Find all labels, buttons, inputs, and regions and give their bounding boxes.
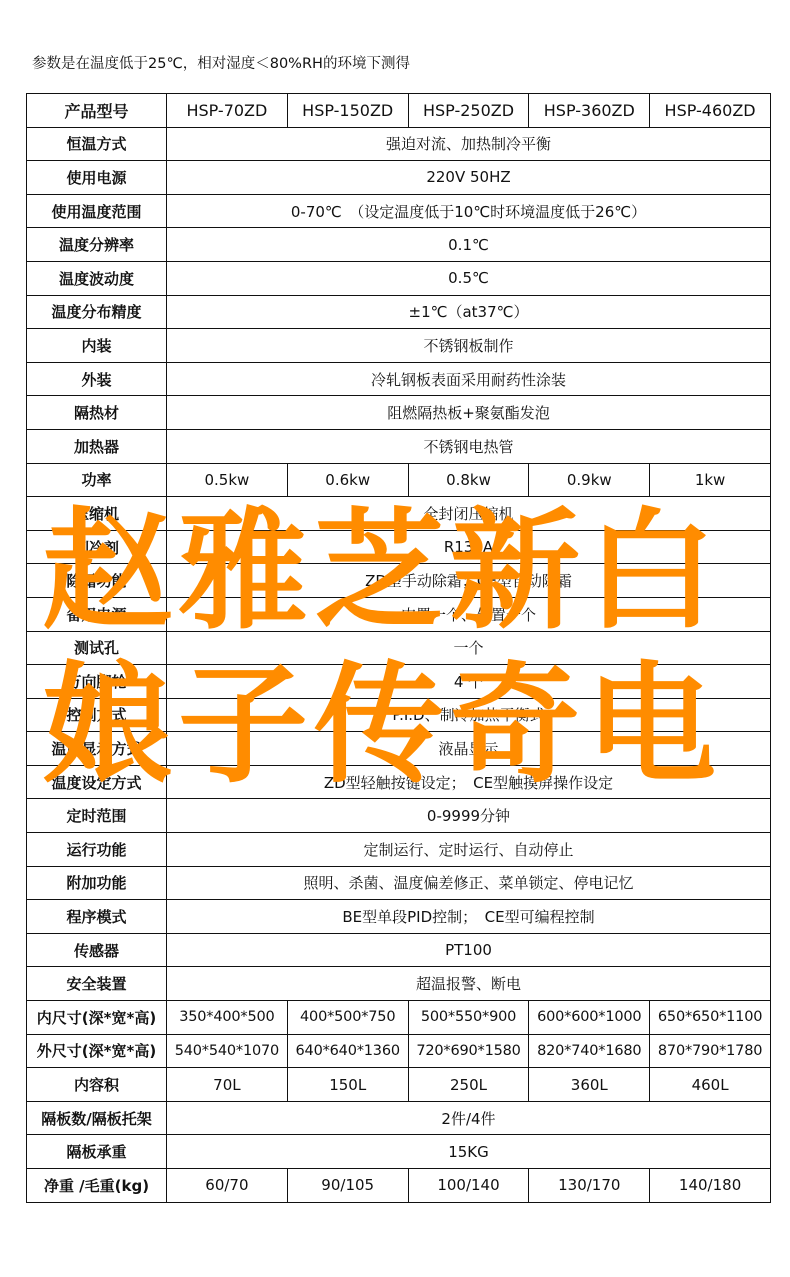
table-row: 净重 /毛重(kg)60/7090/105100/140130/170140/1…	[27, 1169, 771, 1203]
table-row: 使用温度范围0-70℃ （设定温度低于10℃时环境温度低于26℃）	[27, 194, 771, 228]
row-value: 2件/4件	[167, 1101, 771, 1135]
table-row: 温度分辨率0.1℃	[27, 228, 771, 262]
row-cell: 500*550*900	[408, 1001, 529, 1035]
row-label: 隔热材	[27, 396, 167, 430]
row-value: R134A	[167, 530, 771, 564]
row-value: 0.1℃	[167, 228, 771, 262]
table-row: 附加功能照明、杀菌、温度偏差修正、菜单锁定、停电记忆	[27, 866, 771, 900]
row-cell: 540*540*1070	[167, 1034, 288, 1068]
table-row: 压缩机全封闭压缩机	[27, 497, 771, 531]
row-value: 不锈钢电热管	[167, 429, 771, 463]
row-value: 超温报警、断电	[167, 967, 771, 1001]
table-row: 内装不锈钢板制作	[27, 329, 771, 363]
row-label: 备用电源	[27, 597, 167, 631]
row-label: 内尺寸(深*宽*高)	[27, 1001, 167, 1035]
row-label: 运行功能	[27, 833, 167, 867]
model-header: HSP-460ZD	[650, 94, 771, 128]
row-value: 不锈钢板制作	[167, 329, 771, 363]
row-cell: 100/140	[408, 1169, 529, 1203]
row-value: PT100	[167, 933, 771, 967]
row-cell: 360L	[529, 1068, 650, 1102]
table-row: 制冷剂R134A	[27, 530, 771, 564]
row-label: 控制方式	[27, 698, 167, 732]
row-cell: 0.6kw	[287, 463, 408, 497]
row-label: 温度设定方式	[27, 765, 167, 799]
row-value: 220V 50HZ	[167, 161, 771, 195]
row-label: 制冷剂	[27, 530, 167, 564]
spec-table: 产品型号 HSP-70ZD HSP-150ZD HSP-250ZD HSP-36…	[26, 93, 771, 1203]
row-label: 测试孔	[27, 631, 167, 665]
row-cell: 0.9kw	[529, 463, 650, 497]
row-label: 程序模式	[27, 900, 167, 934]
row-label: 外尺寸(深*宽*高)	[27, 1034, 167, 1068]
row-label: 使用温度范围	[27, 194, 167, 228]
row-label: 加热器	[27, 429, 167, 463]
row-label: 恒温方式	[27, 127, 167, 161]
row-label: 外装	[27, 362, 167, 396]
row-value: 15KG	[167, 1135, 771, 1169]
row-label: 使用电源	[27, 161, 167, 195]
row-cell: 140/180	[650, 1169, 771, 1203]
row-label: 净重 /毛重(kg)	[27, 1169, 167, 1203]
row-cell: 870*790*1780	[650, 1034, 771, 1068]
row-cell: 400*500*750	[287, 1001, 408, 1035]
row-value: ZD型手动除霜；CE型自动除霜	[167, 564, 771, 598]
row-value: ±1℃（at37℃）	[167, 295, 771, 329]
table-row: 除霜功能ZD型手动除霜；CE型自动除霜	[27, 564, 771, 598]
table-row: 安全装置超温报警、断电	[27, 967, 771, 1001]
table-row: 功率0.5kw0.6kw0.8kw0.9kw1kw	[27, 463, 771, 497]
row-value: 定制运行、定时运行、自动停止	[167, 833, 771, 867]
row-label: 万向脚轮	[27, 665, 167, 699]
table-row: 温度分布精度±1℃（at37℃）	[27, 295, 771, 329]
table-row: 内容积70L150L250L360L460L	[27, 1068, 771, 1102]
row-value: 液晶显示	[167, 732, 771, 766]
table-row: 隔板承重15KG	[27, 1135, 771, 1169]
row-value: 阻燃隔热板+聚氨酯发泡	[167, 396, 771, 430]
row-cell: 720*690*1580	[408, 1034, 529, 1068]
table-row: 使用电源220V 50HZ	[27, 161, 771, 195]
row-cell: 130/170	[529, 1169, 650, 1203]
row-cell: 60/70	[167, 1169, 288, 1203]
row-label: 压缩机	[27, 497, 167, 531]
row-cell: 600*600*1000	[529, 1001, 650, 1035]
model-header: HSP-360ZD	[529, 94, 650, 128]
row-label: 温度分布精度	[27, 295, 167, 329]
row-label: 传感器	[27, 933, 167, 967]
row-label: 安全装置	[27, 967, 167, 1001]
row-value: 强迫对流、加热制冷平衡	[167, 127, 771, 161]
row-label: 功率	[27, 463, 167, 497]
table-row: 测试孔一个	[27, 631, 771, 665]
table-header-row: 产品型号 HSP-70ZD HSP-150ZD HSP-250ZD HSP-36…	[27, 94, 771, 128]
table-row: 程序模式BE型单段PID控制； CE型可编程控制	[27, 900, 771, 934]
row-cell: 820*740*1680	[529, 1034, 650, 1068]
row-label: 内装	[27, 329, 167, 363]
table-row: 万向脚轮4 个	[27, 665, 771, 699]
row-cell: 650*650*1100	[650, 1001, 771, 1035]
row-value: BE型单段PID控制； CE型可编程控制	[167, 900, 771, 934]
table-row: 备用电源内置一个、外置一个	[27, 597, 771, 631]
row-label: 温度显示方式	[27, 732, 167, 766]
table-row: 恒温方式强迫对流、加热制冷平衡	[27, 127, 771, 161]
row-label: 定时范围	[27, 799, 167, 833]
row-cell: 250L	[408, 1068, 529, 1102]
model-header: HSP-70ZD	[167, 94, 288, 128]
table-row: 外装冷轧钢板表面采用耐药性涂装	[27, 362, 771, 396]
table-row: 传感器PT100	[27, 933, 771, 967]
table-row: 内尺寸(深*宽*高)350*400*500400*500*750500*550*…	[27, 1001, 771, 1035]
row-value: 0-9999分钟	[167, 799, 771, 833]
row-cell: 640*640*1360	[287, 1034, 408, 1068]
row-cell: 350*400*500	[167, 1001, 288, 1035]
row-value: 冷轧钢板表面采用耐药性涂装	[167, 362, 771, 396]
table-row: 运行功能定制运行、定时运行、自动停止	[27, 833, 771, 867]
table-row: 温度波动度0.5℃	[27, 261, 771, 295]
row-label: 附加功能	[27, 866, 167, 900]
row-label: 内容积	[27, 1068, 167, 1102]
row-label: 隔板承重	[27, 1135, 167, 1169]
row-value: 内置一个、外置一个	[167, 597, 771, 631]
row-value: ZD型轻触按键设定； CE型触摸屏操作设定	[167, 765, 771, 799]
row-value: 0.5℃	[167, 261, 771, 295]
model-header: HSP-250ZD	[408, 94, 529, 128]
row-cell: 0.5kw	[167, 463, 288, 497]
row-label: 隔板数/隔板托架	[27, 1101, 167, 1135]
row-cell: 460L	[650, 1068, 771, 1102]
table-row: 外尺寸(深*宽*高)540*540*1070640*640*1360720*69…	[27, 1034, 771, 1068]
table-row: 加热器不锈钢电热管	[27, 429, 771, 463]
row-label: 温度分辨率	[27, 228, 167, 262]
table-row: 温度显示方式液晶显示	[27, 732, 771, 766]
table-row: 定时范围0-9999分钟	[27, 799, 771, 833]
model-header: HSP-150ZD	[287, 94, 408, 128]
row-cell: 70L	[167, 1068, 288, 1102]
table-row: 隔热材阻燃隔热板+聚氨酯发泡	[27, 396, 771, 430]
table-row: 隔板数/隔板托架2件/4件	[27, 1101, 771, 1135]
table-row: 温度设定方式ZD型轻触按键设定； CE型触摸屏操作设定	[27, 765, 771, 799]
row-value: 一个	[167, 631, 771, 665]
row-label: 除霜功能	[27, 564, 167, 598]
header-label: 产品型号	[27, 94, 167, 128]
table-row: 控制方式P.I.D、制冷加热平衡式	[27, 698, 771, 732]
spec-caption: 参数是在温度低于25℃，相对湿度＜80%RH的环境下测得	[32, 52, 410, 73]
row-cell: 1kw	[650, 463, 771, 497]
row-value: P.I.D、制冷加热平衡式	[167, 698, 771, 732]
row-label: 温度波动度	[27, 261, 167, 295]
row-cell: 90/105	[287, 1169, 408, 1203]
row-value: 0-70℃ （设定温度低于10℃时环境温度低于26℃）	[167, 194, 771, 228]
row-cell: 0.8kw	[408, 463, 529, 497]
row-value: 全封闭压缩机	[167, 497, 771, 531]
row-value: 4 个	[167, 665, 771, 699]
row-cell: 150L	[287, 1068, 408, 1102]
row-value: 照明、杀菌、温度偏差修正、菜单锁定、停电记忆	[167, 866, 771, 900]
